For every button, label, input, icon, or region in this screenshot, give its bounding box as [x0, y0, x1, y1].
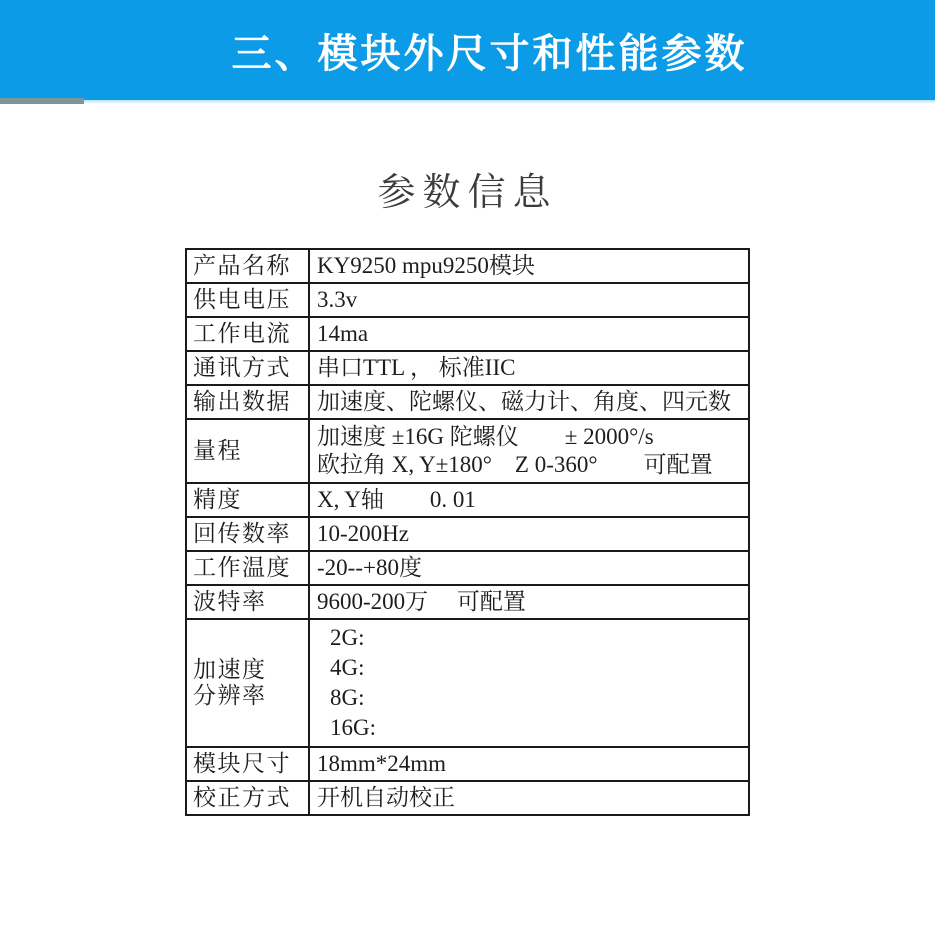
table-row: 量程加速度 ±16G 陀螺仪 ± 2000°/s 欧拉角 X, Y±180° Z…: [186, 419, 749, 483]
row-label: 工作电流: [186, 317, 309, 351]
table-row: 通讯方式串口TTL ， 标准IIC: [186, 351, 749, 385]
row-label: 供电电压: [186, 283, 309, 317]
table-row: 输出数据加速度、陀螺仪、磁力计、角度、四元数: [186, 385, 749, 419]
row-label: 通讯方式: [186, 351, 309, 385]
table-row: 校正方式开机自动校正: [186, 781, 749, 815]
spec-table-body: 产品名称KY9250 mpu9250模块供电电压3.3v工作电流14ma通讯方式…: [186, 249, 749, 815]
table-row: 回传数率10-200Hz: [186, 517, 749, 551]
table-row: 模块尺寸18mm*24mm: [186, 747, 749, 781]
row-value: 2G: 4G: 8G: 16G:: [309, 619, 749, 747]
row-value: 18mm*24mm: [309, 747, 749, 781]
page: { "colors": { "banner_bg": "#0c9be6", "a…: [0, 0, 935, 935]
row-label: 回传数率: [186, 517, 309, 551]
row-label: 校正方式: [186, 781, 309, 815]
table-row: 波特率9600-200万 可配置: [186, 585, 749, 619]
row-value: 开机自动校正: [309, 781, 749, 815]
accent-strip: [0, 98, 84, 104]
row-label: 工作温度: [186, 551, 309, 585]
row-value: -20--+80度: [309, 551, 749, 585]
table-row: 精度X, Y轴 0. 01: [186, 483, 749, 517]
row-value: KY9250 mpu9250模块: [309, 249, 749, 283]
row-label: 产品名称: [186, 249, 309, 283]
section-header-title: 三、模块外尺寸和性能参数: [232, 22, 748, 79]
table-row: 供电电压3.3v: [186, 283, 749, 317]
row-value: 加速度、陀螺仪、磁力计、角度、四元数: [309, 385, 749, 419]
table-row: 工作电流14ma: [186, 317, 749, 351]
spec-table: 产品名称KY9250 mpu9250模块供电电压3.3v工作电流14ma通讯方式…: [185, 248, 750, 816]
row-label: 加速度 分辨率: [186, 619, 309, 747]
row-label: 模块尺寸: [186, 747, 309, 781]
table-row: 产品名称KY9250 mpu9250模块: [186, 249, 749, 283]
row-label: 精度: [186, 483, 309, 517]
page-title: 参数信息: [0, 161, 935, 216]
row-value: 3.3v: [309, 283, 749, 317]
row-value: 串口TTL ， 标准IIC: [309, 351, 749, 385]
table-row: 工作温度-20--+80度: [186, 551, 749, 585]
row-label: 波特率: [186, 585, 309, 619]
row-value: 14ma: [309, 317, 749, 351]
row-value: 10-200Hz: [309, 517, 749, 551]
row-value: 加速度 ±16G 陀螺仪 ± 2000°/s 欧拉角 X, Y±180° Z 0…: [309, 419, 749, 483]
row-label: 输出数据: [186, 385, 309, 419]
section-header-banner: 三、模块外尺寸和性能参数: [0, 0, 935, 100]
row-value: 9600-200万 可配置: [309, 585, 749, 619]
row-value: X, Y轴 0. 01: [309, 483, 749, 517]
row-label: 量程: [186, 419, 309, 483]
table-row: 加速度 分辨率2G: 4G: 8G: 16G:: [186, 619, 749, 747]
